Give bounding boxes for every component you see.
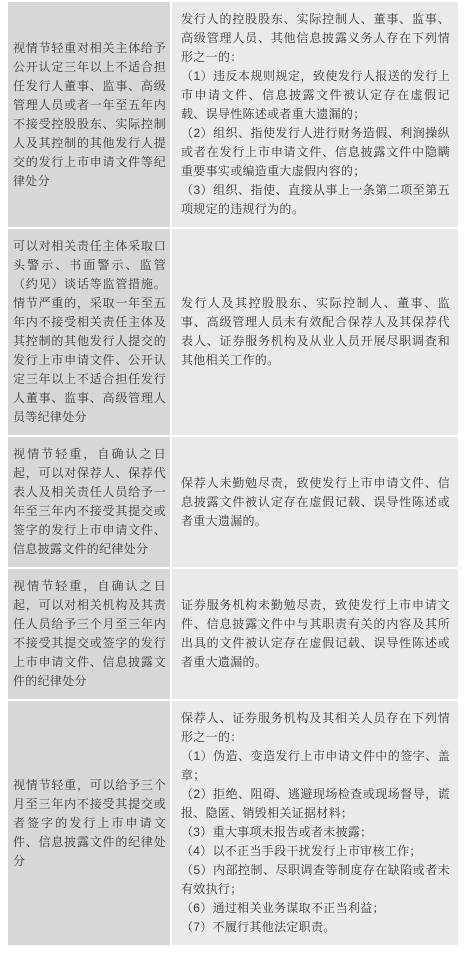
table-row: 视情节轻重，可以给予三个月至三年内不接受其提交或者签字的发行上市申请文件、信息披…	[8, 701, 458, 945]
paragraph: （7）不履行其他法定职责。	[181, 918, 450, 937]
violation-cell: 发行人及其控股股东、实际控制人、董事、监事、高级管理人员未有效配合保荐人及其保荐…	[172, 229, 458, 435]
paragraph: 保荐人、证券服务机构及其相关人员存在下列情形之一的：	[181, 709, 450, 747]
penalty-violation-table: 视情节轻重对相关主体给予公开认定三年以上不适合担任发行人董事、监事、高级管理人员…	[8, 2, 458, 945]
violation-cell: 保荐人、证券服务机构及其相关人员存在下列情形之一的：（1）伪造、变造发行上市申请…	[172, 701, 458, 945]
paragraph: （6）通过相关业务谋取不正当利益；	[181, 899, 450, 918]
table-row: 视情节轻重，自确认之日起，可以对保荐人、保荐代表人及相关责任人员给予一年至三年内…	[8, 437, 458, 567]
table-row: 视情节轻重，自确认之日起，可以对相关机构及其责任人员给予三个月至三年内不接受其提…	[8, 569, 458, 699]
document-page: 视情节轻重对相关主体给予公开认定三年以上不适合担任发行人董事、监事、高级管理人员…	[0, 0, 465, 955]
paragraph: 发行人及其控股股东、实际控制人、董事、监事、高级管理人员未有效配合保荐人及其保荐…	[181, 294, 450, 370]
table-row: 视情节轻重对相关主体给予公开认定三年以上不适合担任发行人董事、监事、高级管理人员…	[8, 2, 458, 227]
paragraph: （3）组织、指使、直接从事上一条第二项至第五项规定的违规行为的。	[181, 181, 450, 219]
paragraph: （2）拒绝、阻碍、逃避现场检查或现场督导，谎报、隐匿、销毁相关证据材料；	[181, 785, 450, 823]
paragraph: （2）组织、指使发行人进行财务造假、利润操纵或者在发行上市申请文件、信息披露文件…	[181, 124, 450, 181]
violation-cell: 保荐人未勤勉尽责，致使发行上市申请文件、信息披露文件被认定存在虚假记载、误导性陈…	[172, 437, 458, 567]
paragraph: （3）重大事项未报告或者未披露；	[181, 823, 450, 842]
paragraph: （5）内部控制、尽职调查等制度存在缺陷或者未有效执行；	[181, 861, 450, 899]
paragraph: 保荐人未勤勉尽责，致使发行上市申请文件、信息披露文件被认定存在虚假记载、误导性陈…	[181, 474, 450, 531]
penalty-cell: 视情节轻重对相关主体给予公开认定三年以上不适合担任发行人董事、监事、高级管理人员…	[8, 2, 170, 227]
penalty-cell: 视情节轻重，自确认之日起，可以对保荐人、保荐代表人及相关责任人员给予一年至三年内…	[8, 437, 170, 567]
paragraph: 证券服务机构未勤勉尽责，致使发行上市申请文件、信息披露文件中与其职责有关的内容及…	[181, 596, 450, 672]
paragraph: 发行人的控股股东、实际控制人、董事、监事、高级管理人员、其他信息披露义务人存在下…	[181, 10, 450, 67]
paragraph: （4）以不正当手段干扰发行上市审核工作；	[181, 842, 450, 861]
paragraph: （1）违反本规则规定，致使发行人报送的发行上市申请文件、信息披露文件被认定存在虚…	[181, 67, 450, 124]
table-row: 可以对相关责任主体采取口头警示、书面警示、监管（约见）谈话等监管措施。情节严重的…	[8, 229, 458, 435]
violation-cell: 发行人的控股股东、实际控制人、董事、监事、高级管理人员、其他信息披露义务人存在下…	[172, 2, 458, 227]
penalty-cell: 可以对相关责任主体采取口头警示、书面警示、监管（约见）谈话等监管措施。情节严重的…	[8, 229, 170, 435]
paragraph: （1）伪造、变造发行上市申请文件中的签字、盖章；	[181, 747, 450, 785]
violation-cell: 证券服务机构未勤勉尽责，致使发行上市申请文件、信息披露文件中与其职责有关的内容及…	[172, 569, 458, 699]
penalty-cell: 视情节轻重，可以给予三个月至三年内不接受其提交或者签字的发行上市申请文件、信息披…	[8, 701, 170, 945]
penalty-cell: 视情节轻重，自确认之日起，可以对相关机构及其责任人员给予三个月至三年内不接受其提…	[8, 569, 170, 699]
